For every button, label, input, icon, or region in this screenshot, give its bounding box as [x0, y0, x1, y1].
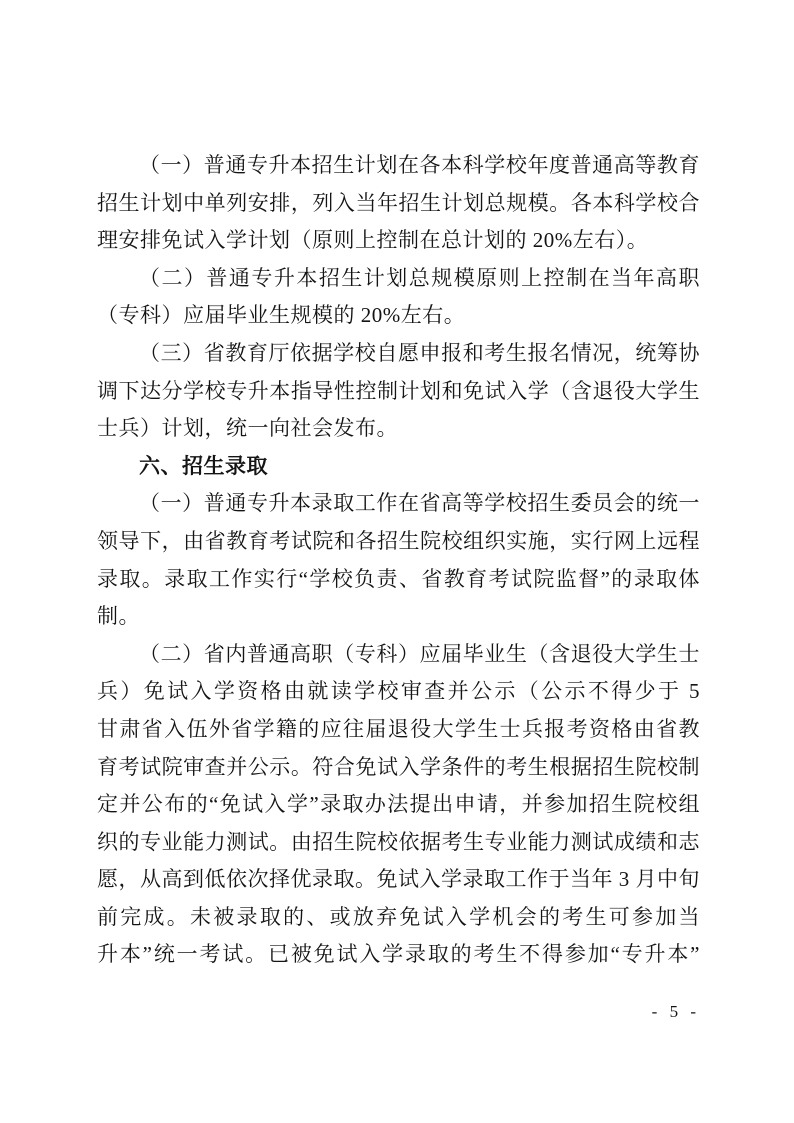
- text-line: （一）普通专升本招生计划在各本科学校年度普通高等教育: [97, 147, 700, 185]
- text-line: 制。: [97, 598, 700, 636]
- text-line: 升本”统一考试。已被免试入学录取的考生不得参加“专升本”: [97, 936, 700, 974]
- text-line: 甘肃省入伍外省学籍的应往届退役大学生士兵报考资格由省教: [97, 711, 700, 749]
- text-line: 育考试院审查并公示。符合免试入学条件的考生根据招生院校制: [97, 749, 700, 787]
- text-line: 士兵）计划，统一向社会发布。: [97, 410, 700, 448]
- paragraph-plan-allocation: （一）普通专升本招生计划在各本科学校年度普通高等教育招生计划中单列安排，列入当年…: [97, 147, 700, 260]
- paragraph-total-scale: （二）普通专升本招生计划总规模原则上控制在当年高职（专科）应届毕业生规模的 20…: [97, 260, 700, 335]
- paragraph-provincial-plan-release: （三）省教育厅依据学校自愿申报和考生报名情况，统筹协调下达分学校专升本指导性控制…: [97, 335, 700, 448]
- text-line: 六、招生录取: [97, 448, 700, 486]
- document-body: （一）普通专升本招生计划在各本科学校年度普通高等教育招生计划中单列安排，列入当年…: [97, 147, 700, 974]
- paragraph-exemption-admission: （二）省内普通高职（专科）应届毕业生（含退役大学生士兵）免试入学资格由就读学校审…: [97, 636, 700, 974]
- document-page: （一）普通专升本招生计划在各本科学校年度普通高等教育招生计划中单列安排，列入当年…: [0, 0, 794, 1123]
- text-line: 调下达分学校专升本指导性控制计划和免试入学（含退役大学生: [97, 373, 700, 411]
- text-line: （三）省教育厅依据学校自愿申报和考生报名情况，统筹协: [97, 335, 700, 373]
- text-line: 领导下，由省教育考试院和各招生院校组织实施，实行网上远程: [97, 523, 700, 561]
- text-line: 织的专业能力测试。由招生院校依据考生专业能力测试成绩和志: [97, 824, 700, 862]
- text-line: 理安排免试入学计划（原则上控制在总计划的 20%左右）。: [97, 222, 700, 260]
- text-line: 前完成。未被录取的、或放弃免试入学机会的考生可参加当年“专: [97, 899, 700, 937]
- text-line: （二）省内普通高职（专科）应届毕业生（含退役大学生士: [97, 636, 700, 674]
- text-line: 兵）免试入学资格由就读学校审查并公示（公示不得少于 5 天）;: [97, 673, 700, 711]
- page-number: - 5 -: [652, 1000, 700, 1024]
- text-line: 招生计划中单列安排，列入当年招生计划总规模。各本科学校合: [97, 185, 700, 223]
- text-line: （二）普通专升本招生计划总规模原则上控制在当年高职: [97, 260, 700, 298]
- paragraph-admission-system: （一）普通专升本录取工作在省高等学校招生委员会的统一领导下，由省教育考试院和各招…: [97, 485, 700, 635]
- section-heading-admission: 六、招生录取: [97, 448, 700, 486]
- text-line: 定并公布的“免试入学”录取办法提出申请，并参加招生院校组: [97, 786, 700, 824]
- text-line: （专科）应届毕业生规模的 20%左右。: [97, 297, 700, 335]
- text-line: （一）普通专升本录取工作在省高等学校招生委员会的统一: [97, 485, 700, 523]
- text-line: 愿，从高到低依次择优录取。免试入学录取工作于当年 3 月中旬: [97, 861, 700, 899]
- text-line: 录取。录取工作实行“学校负责、省教育考试院监督”的录取体: [97, 561, 700, 599]
